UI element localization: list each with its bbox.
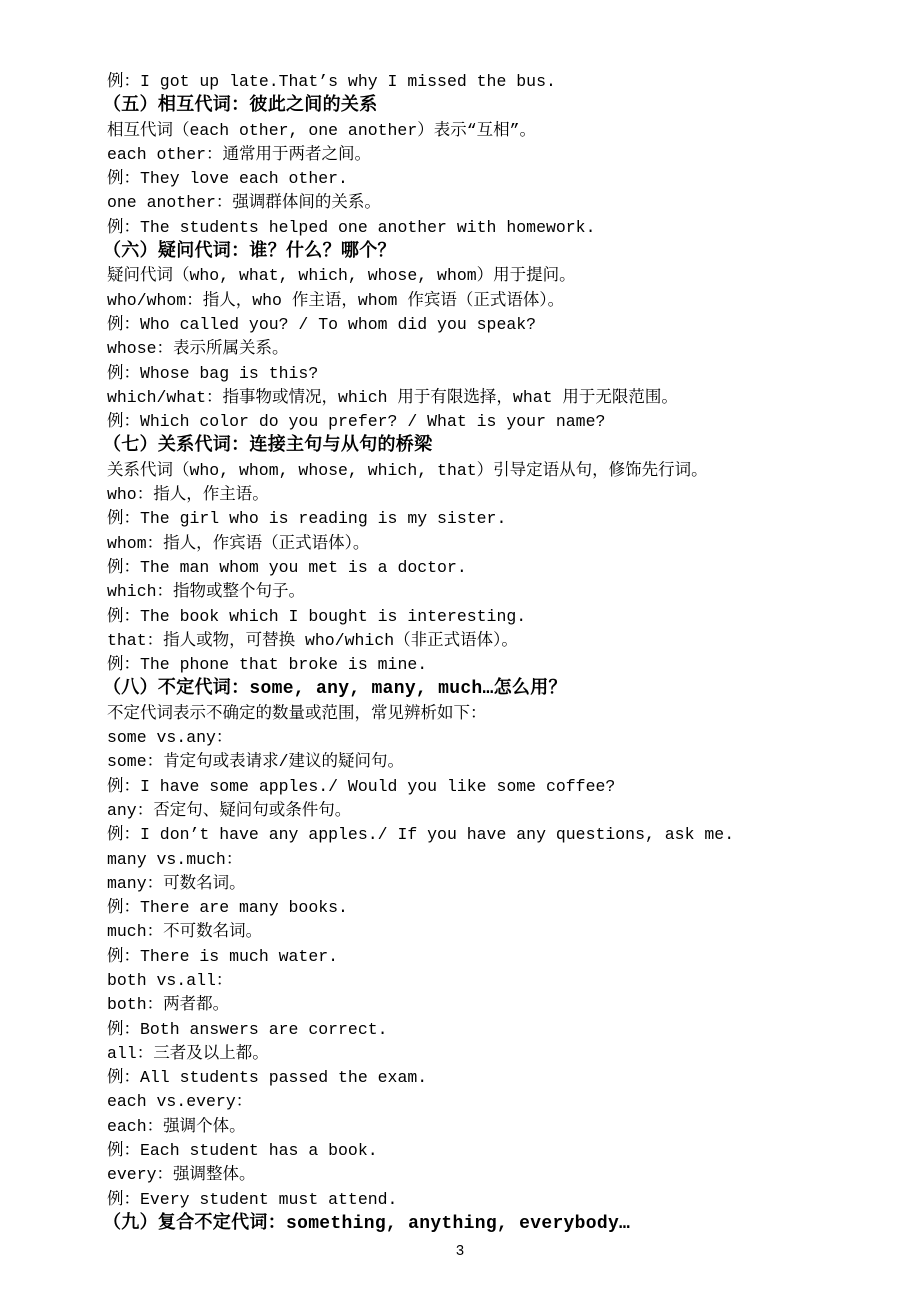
text-line: 关系代词（who, whom, whose, which, that）引导定语从… xyxy=(107,459,890,483)
text-line: many：可数名词。 xyxy=(107,872,890,896)
text-line: each other：通常用于两者之间。 xyxy=(107,143,890,167)
text-line: 例：I got up late.That’s why I missed the … xyxy=(107,70,890,94)
text-line: 例：The book which I bought is interesting… xyxy=(107,605,890,629)
text-line: 例：Which color do you prefer? / What is y… xyxy=(107,410,890,434)
text-line: 例：There are many books. xyxy=(107,896,890,920)
text-line: much：不可数名词。 xyxy=(107,920,890,944)
text-line: 例：Each student has a book. xyxy=(107,1139,890,1163)
text-line: 例：The girl who is reading is my sister. xyxy=(107,507,890,531)
text-line: 相互代词（each other, one another）表示“互相”。 xyxy=(107,119,890,143)
document-content: 例：I got up late.That’s why I missed the … xyxy=(107,70,890,1236)
text-line: 例：Who called you? / To whom did you spea… xyxy=(107,313,890,337)
text-line: both：两者都。 xyxy=(107,993,890,1017)
text-line: 疑问代词（who, what, which, whose, whom）用于提问。 xyxy=(107,264,890,288)
text-line: 例：There is much water. xyxy=(107,945,890,969)
section-heading-relative-pronouns: （七）关系代词：连接主句与从句的桥梁 xyxy=(103,434,890,458)
text-line: 例：They love each other. xyxy=(107,167,890,191)
text-line: 例：All students passed the exam. xyxy=(107,1066,890,1090)
text-line: both vs.all： xyxy=(107,969,890,993)
text-line: which/what：指事物或情况，which 用于有限选择，what 用于无限… xyxy=(107,386,890,410)
text-line: whom：指人，作宾语（正式语体）。 xyxy=(107,532,890,556)
text-line: 例：Every student must attend. xyxy=(107,1188,890,1212)
text-line: that：指人或物，可替换 who/which（非正式语体）。 xyxy=(107,629,890,653)
text-line: 例：The man whom you met is a doctor. xyxy=(107,556,890,580)
text-line: any：否定句、疑问句或条件句。 xyxy=(107,799,890,823)
section-heading-reciprocal-pronouns: （五）相互代词：彼此之间的关系 xyxy=(103,94,890,118)
text-line: all：三者及以上都。 xyxy=(107,1042,890,1066)
text-line: 例：I don’t have any apples./ If you have … xyxy=(107,823,890,847)
text-line: who/whom：指人，who 作主语，whom 作宾语（正式语体）。 xyxy=(107,289,890,313)
text-line: each vs.every： xyxy=(107,1090,890,1114)
text-line: 例：I have some apples./ Would you like so… xyxy=(107,775,890,799)
text-line: every：强调整体。 xyxy=(107,1163,890,1187)
text-line: 不定代词表示不确定的数量或范围，常见辨析如下： xyxy=(107,702,890,726)
section-heading-interrogative-pronouns: （六）疑问代词：谁？什么？哪个？ xyxy=(103,240,890,264)
text-line: 例：Whose bag is this? xyxy=(107,362,890,386)
text-line: who：指人，作主语。 xyxy=(107,483,890,507)
text-line: whose：表示所属关系。 xyxy=(107,337,890,361)
text-line: 例：The students helped one another with h… xyxy=(107,216,890,240)
text-line: one another：强调群体间的关系。 xyxy=(107,191,890,215)
text-line: some：肯定句或表请求/建议的疑问句。 xyxy=(107,750,890,774)
document-page: 例：I got up late.That’s why I missed the … xyxy=(0,0,920,1302)
text-line: some vs.any： xyxy=(107,726,890,750)
text-line: many vs.much： xyxy=(107,848,890,872)
text-line: each：强调个体。 xyxy=(107,1115,890,1139)
section-heading-indefinite-pronouns: （八）不定代词：some, any, many, much…怎么用？ xyxy=(103,677,890,701)
text-line: which：指物或整个句子。 xyxy=(107,580,890,604)
text-line: 例：Both answers are correct. xyxy=(107,1018,890,1042)
page-number: 3 xyxy=(0,1243,920,1261)
section-heading-compound-indefinite-pronouns: （九）复合不定代词：something, anything, everybody… xyxy=(103,1212,890,1236)
text-line: 例：The phone that broke is mine. xyxy=(107,653,890,677)
